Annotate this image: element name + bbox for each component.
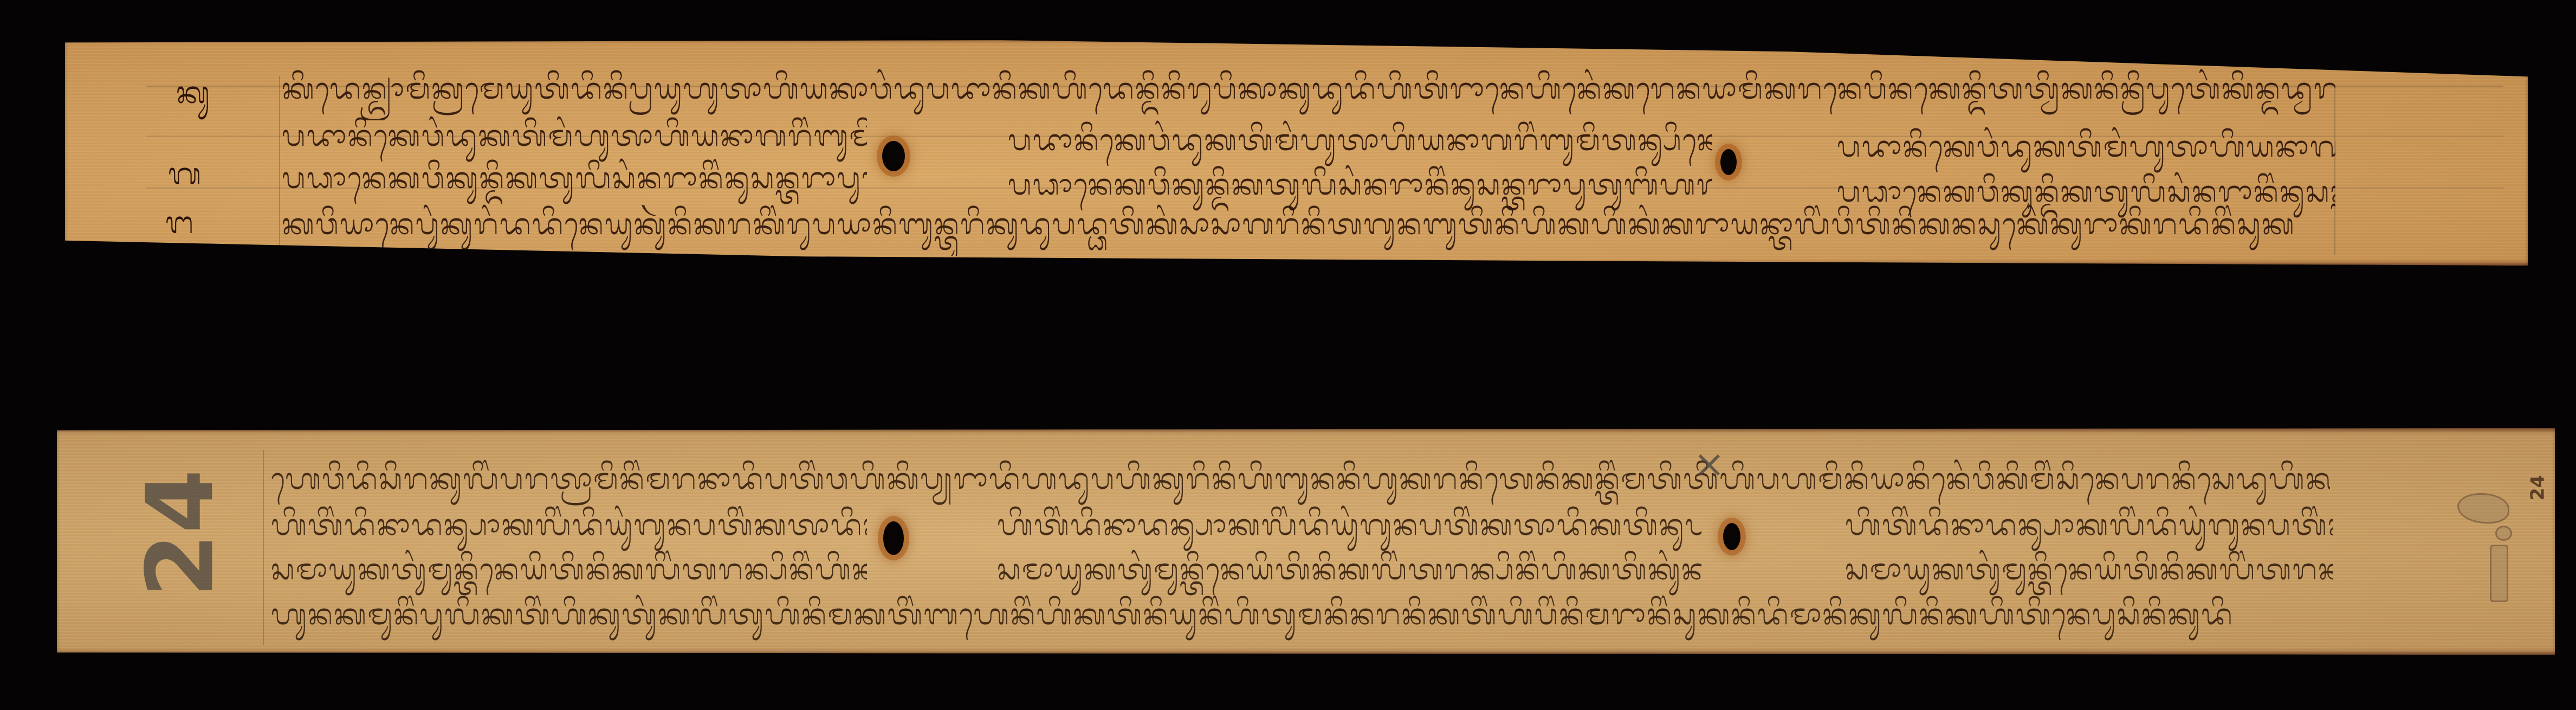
ink-stain	[2457, 493, 2509, 524]
palm-leaf-recto: ᬓᬸ ᬕ ᬗ ᬓᬶᬤᬾᬦ᭄ᬤ᭄ᬭᬵᬫᬶᬓ᭄ᬭᬫᬾᬬᬸᬢᬶᬤᬶᬦᬶᬧ᭄ᬭᬬᬸᬳᬸᬢ…	[65, 38, 2528, 266]
left-margin-rule	[263, 450, 264, 645]
left-margin-rule	[279, 76, 280, 249]
pencil-folio-number-small: 24	[2527, 475, 2549, 500]
binding-hole-left	[883, 521, 904, 555]
margin-numeral: ᬗ	[165, 201, 193, 255]
manuscript-line-1: ᬳᬾᬯᬶᬤᬶᬲᬶᬭᬓᬸᬮᬶᬂᬧᬭᬢ᭄ᬭᬵᬫᬶᬦᬶᬂᬫᬭᬦᬵᬤᬶᬧᬢᬶᬂᬯᬳᬶᬓᬶ…	[271, 458, 2330, 511]
manuscript-line-3-left: ᬧᬥᬵᬦᬾᬓᬯᬶᬓᬸᬦ᭄ᬤᬶᬓᬢᬸᬮᬶᬲᬂᬦᬭᬵᬦᬶᬂᬦᬸᬲᬦ᭄ᬢᬭᬵᬧᬸᬢᬸᬩ…	[282, 157, 867, 210]
margin-numeral: ᬓᬸ	[176, 70, 210, 125]
manuscript-line-1: ᬓᬶᬤᬾᬦ᭄ᬤ᭄ᬭᬵᬫᬶᬓ᭄ᬭᬫᬾᬬᬸᬢᬶᬤᬶᬦᬶᬧ᭄ᬭᬬᬸᬳᬸᬢᬵᬳᬶᬬᬓᬵᬯ…	[282, 68, 2335, 120]
palm-leaf-verso: ᬳᬾᬯᬶᬤᬶᬲᬶᬭᬓᬸᬮᬶᬂᬧᬭᬢ᭄ᬭᬵᬫᬶᬦᬶᬂᬫᬭᬦᬵᬤᬶᬧᬢᬶᬂᬯᬳᬶᬓᬶ…	[57, 428, 2555, 655]
manuscript-line-4: ᬓᬯᬶᬬᬵᬦᬾᬧᬸᬂᬓᬸᬭᬂᬤᬤᬶᬦᬾᬬᬸᬓᬸᬃᬦᬶᬓᬭᬓᬶᬂᬭᬸᬧᬬᬵᬦᬶᬩᬸ…	[282, 203, 2335, 256]
binding-hole-right	[1720, 149, 1737, 175]
ink-stain	[2490, 545, 2508, 602]
pencil-cross-mark: ×	[1693, 442, 1725, 486]
manuscript-line-4: ᬳᬸᬦᬓᬫᬸᬦᬶᬂᬧᬸᬮᬶᬓᬢᬶᬂᬳᬶᬓᬸᬢᬸᬂᬓᬮᬶᬂᬢᬸᬳᬶᬦᬶᬫᬓᬢᬶᬂᬩ…	[271, 593, 2330, 646]
binding-hole-left	[882, 141, 905, 171]
margin-numeral: ᬕ	[168, 152, 201, 206]
ink-stain	[2495, 526, 2512, 541]
pencil-folio-number: 24	[127, 469, 234, 598]
binding-hole-right	[1723, 523, 1740, 550]
